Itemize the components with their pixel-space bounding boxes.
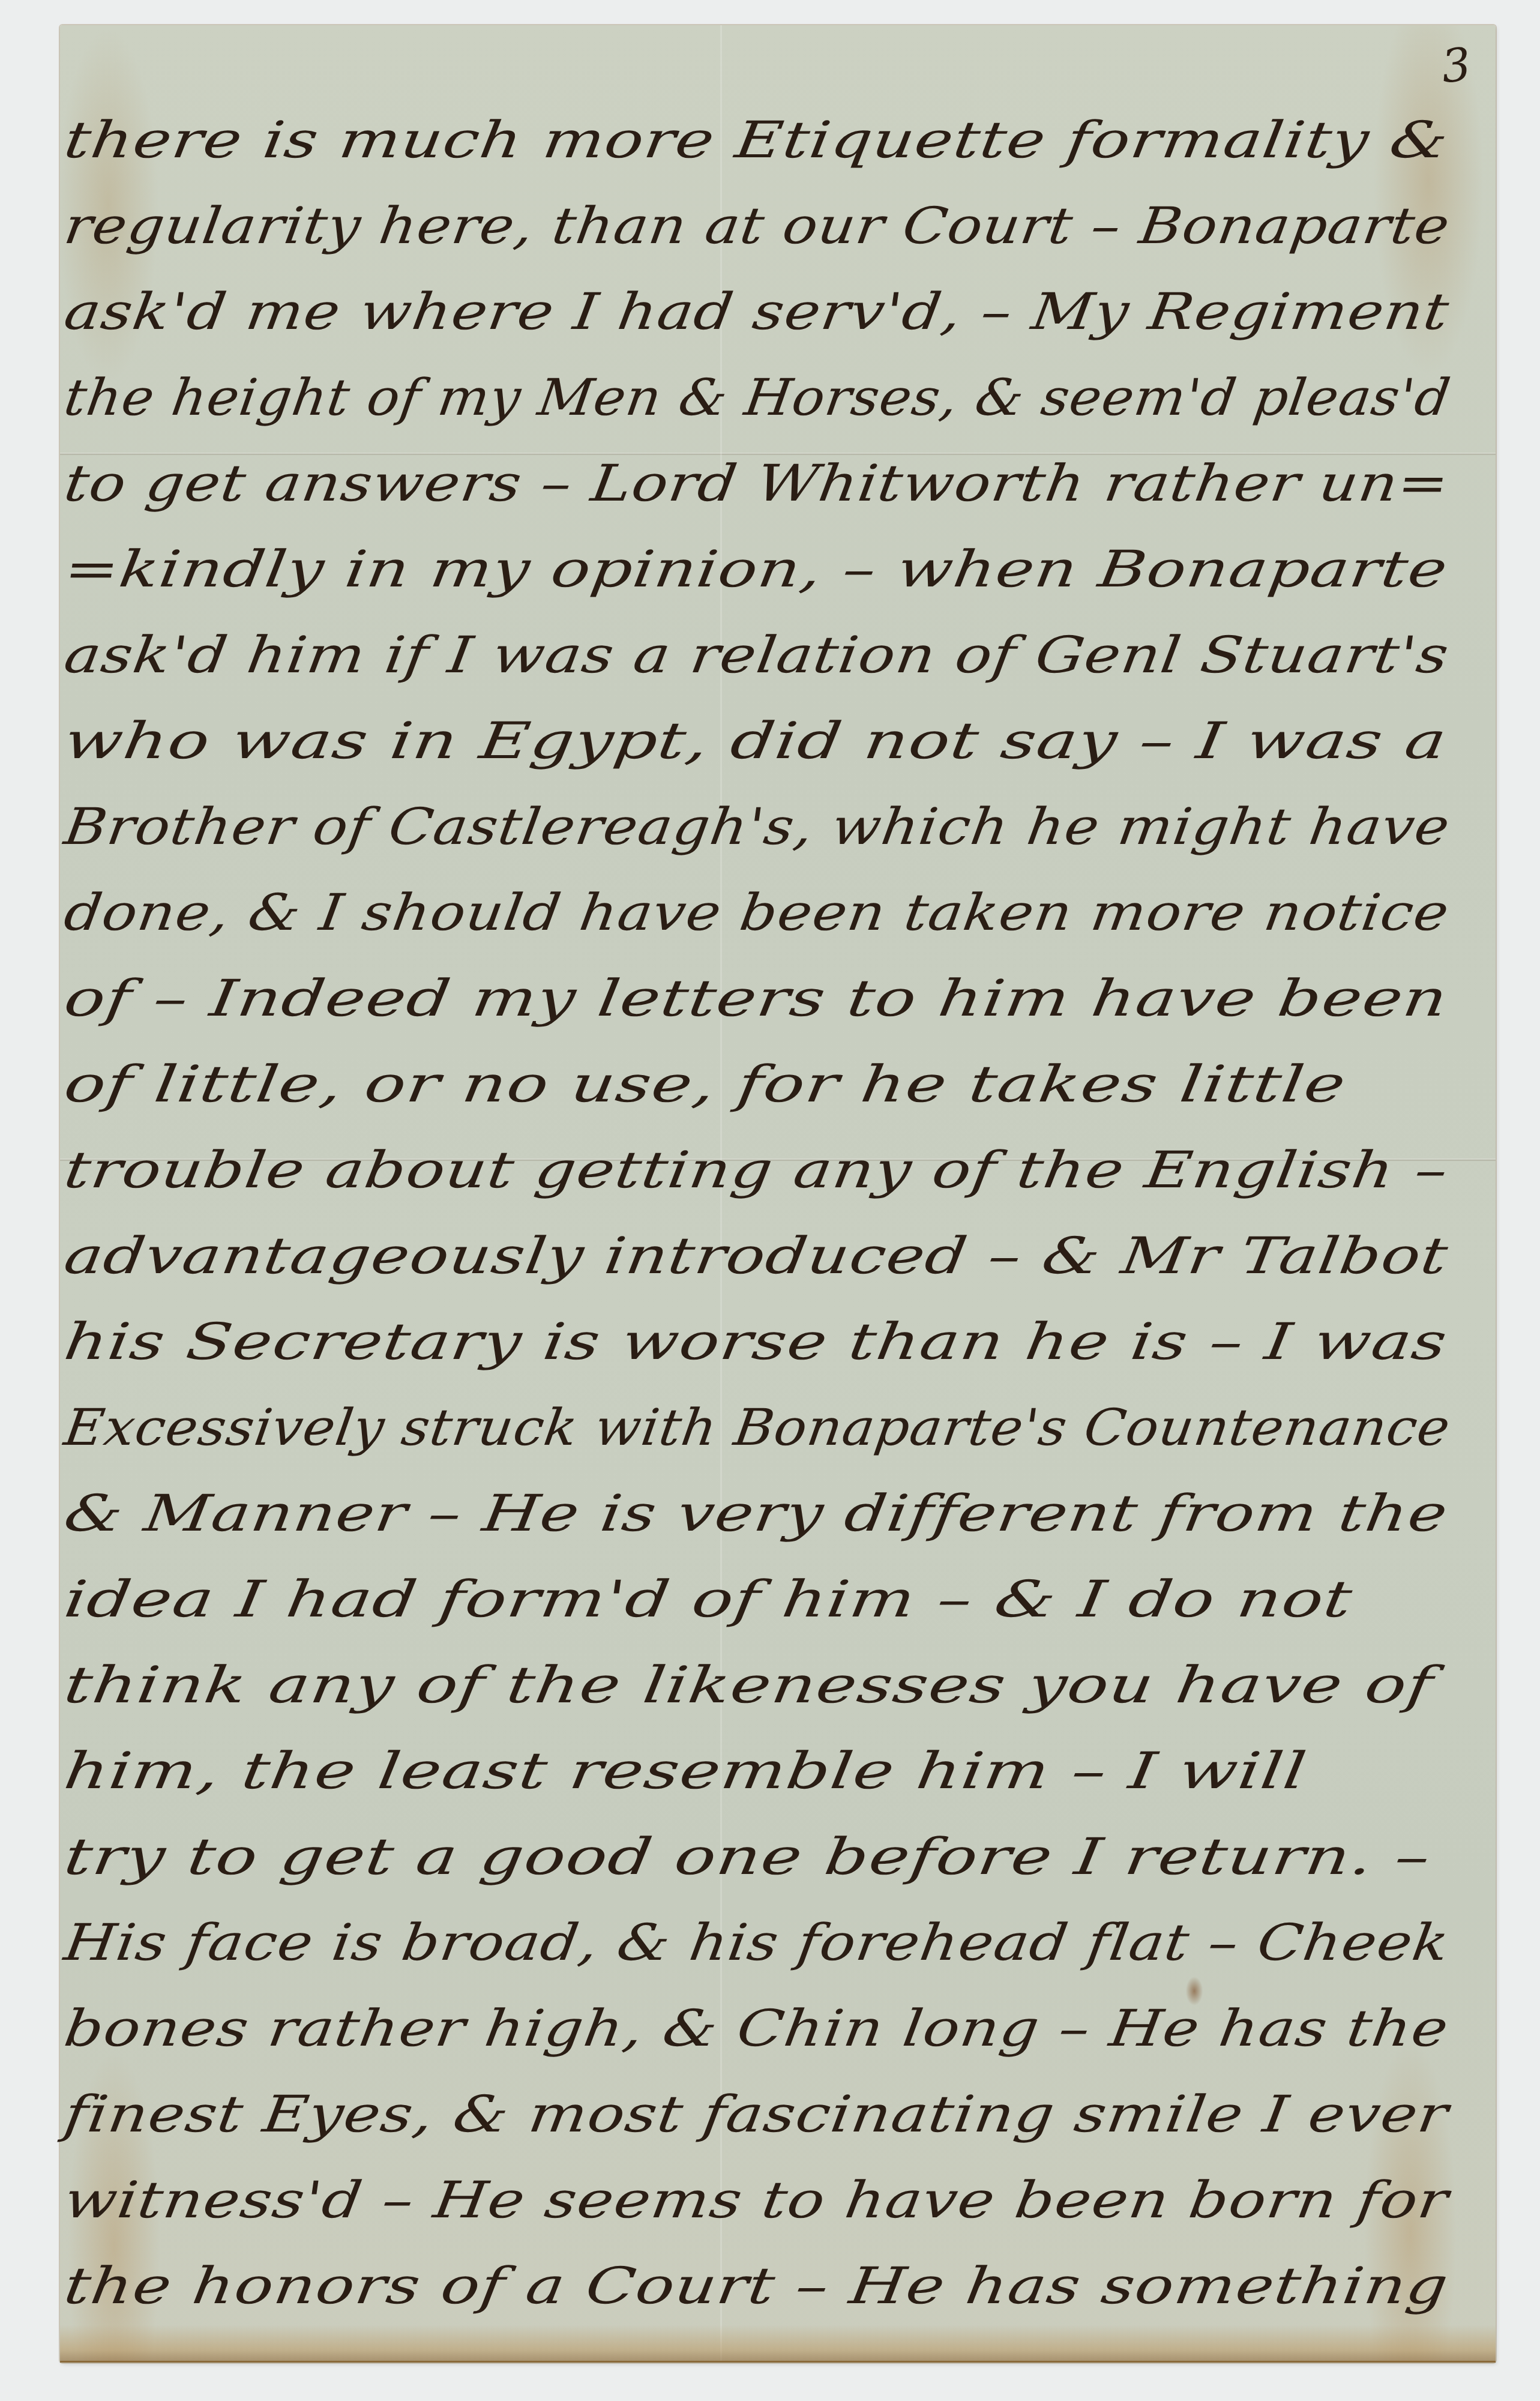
text-line-content: Brother of Castlereagh's, which he might…	[59, 784, 1455, 870]
text-line: think any of the likenesses you have of	[59, 1642, 1499, 1728]
text-line: ask'd me where I had serv'd, – My Regime…	[59, 269, 1499, 355]
text-line: who was in Egypt, did not say – I was a	[59, 698, 1499, 784]
text-line: there is much more Etiquette formality &	[59, 97, 1499, 183]
text-line: try to get a good one before I return. –	[59, 1814, 1499, 1900]
text-line: witness'd – He seems to have been born f…	[59, 2157, 1499, 2243]
handwritten-text: there is much more Etiquette formality &…	[65, 97, 1493, 2329]
text-line: His face is broad, & his forehead flat –…	[59, 1900, 1499, 1986]
text-line-content: the honors of a Court – He has something	[59, 2243, 1454, 2329]
text-line-content: done, & I should have been taken more no…	[59, 870, 1455, 956]
text-line-content: of little, or no use, for he takes littl…	[59, 1041, 1352, 1127]
text-line-content: ask'd him if I was a relation of Genl St…	[59, 612, 1455, 698]
text-line: the height of my Men & Horses, & seem'd …	[59, 355, 1499, 441]
text-line: idea I had form'd of him – & I do not	[59, 1556, 1499, 1642]
text-line-content: trouble about getting any of the English…	[59, 1127, 1454, 1213]
text-line-content: try to get a good one before I return. –	[59, 1814, 1436, 1900]
text-line-content: idea I had form'd of him – & I do not	[59, 1556, 1358, 1642]
text-line-content: His face is broad, & his forehead flat –…	[59, 1900, 1455, 1986]
text-line: ask'd him if I was a relation of Genl St…	[59, 612, 1499, 698]
text-line: done, & I should have been taken more no…	[59, 870, 1499, 956]
text-line: advantageously introduced – & Mr Talbot	[59, 1213, 1499, 1299]
letter-page: 3 there is much more Etiquette formality…	[60, 25, 1496, 2363]
text-line-content: & Manner – He is very different from the	[59, 1471, 1454, 1556]
page-number: 3	[1439, 37, 1473, 94]
text-line: him, the least resemble him – I will	[59, 1728, 1499, 1814]
text-line: regularity here, than at our Court – Bon…	[59, 183, 1499, 269]
text-line: of little, or no use, for he takes littl…	[59, 1041, 1499, 1127]
text-line-content: his Secretary is worse than he is – I wa…	[59, 1299, 1453, 1385]
text-line-content: advantageously introduced – & Mr Talbot	[59, 1213, 1454, 1299]
text-line-content: ask'd me where I had serv'd, – My Regime…	[59, 269, 1455, 355]
text-line-content: there is much more Etiquette formality &	[59, 97, 1454, 183]
text-line: his Secretary is worse than he is – I wa…	[59, 1299, 1499, 1385]
text-line: to get answers – Lord Whitworth rather u…	[59, 441, 1499, 526]
text-line-content: regularity here, than at our Court – Bon…	[59, 183, 1455, 269]
text-line-content: to get answers – Lord Whitworth rather u…	[59, 441, 1455, 526]
document-viewer: 3 there is much more Etiquette formality…	[0, 0, 1540, 2401]
text-line: finest Eyes, & most fascinating smile I …	[59, 2071, 1499, 2157]
text-line-content: finest Eyes, & most fascinating smile I …	[59, 2071, 1454, 2157]
text-line-content: think any of the likenesses you have of	[59, 1642, 1439, 1728]
text-line-content: him, the least resemble him – I will	[59, 1728, 1313, 1814]
text-line-content: Excessively struck with Bonaparte's Coun…	[59, 1385, 1456, 1471]
text-line: of – Indeed my letters to him have been	[59, 956, 1499, 1041]
text-line: Excessively struck with Bonaparte's Coun…	[59, 1385, 1499, 1471]
text-line-content: who was in Egypt, did not say – I was a	[59, 698, 1452, 784]
text-line: bones rather high, & Chin long – He has …	[59, 1986, 1499, 2071]
text-line: trouble about getting any of the English…	[59, 1127, 1499, 1213]
text-line: & Manner – He is very different from the	[59, 1471, 1499, 1556]
text-line: the honors of a Court – He has something	[59, 2243, 1499, 2329]
text-line-content: the height of my Men & Horses, & seem'd …	[59, 355, 1456, 441]
text-line-content: =kindly in my opinion, – when Bonaparte	[59, 526, 1454, 612]
text-line-content: bones rather high, & Chin long – He has …	[59, 1986, 1454, 2071]
text-line: Brother of Castlereagh's, which he might…	[59, 784, 1499, 870]
text-line-content: witness'd – He seems to have been born f…	[59, 2157, 1454, 2243]
text-line-content: of – Indeed my letters to him have been	[59, 956, 1454, 1041]
text-line: =kindly in my opinion, – when Bonaparte	[59, 526, 1499, 612]
